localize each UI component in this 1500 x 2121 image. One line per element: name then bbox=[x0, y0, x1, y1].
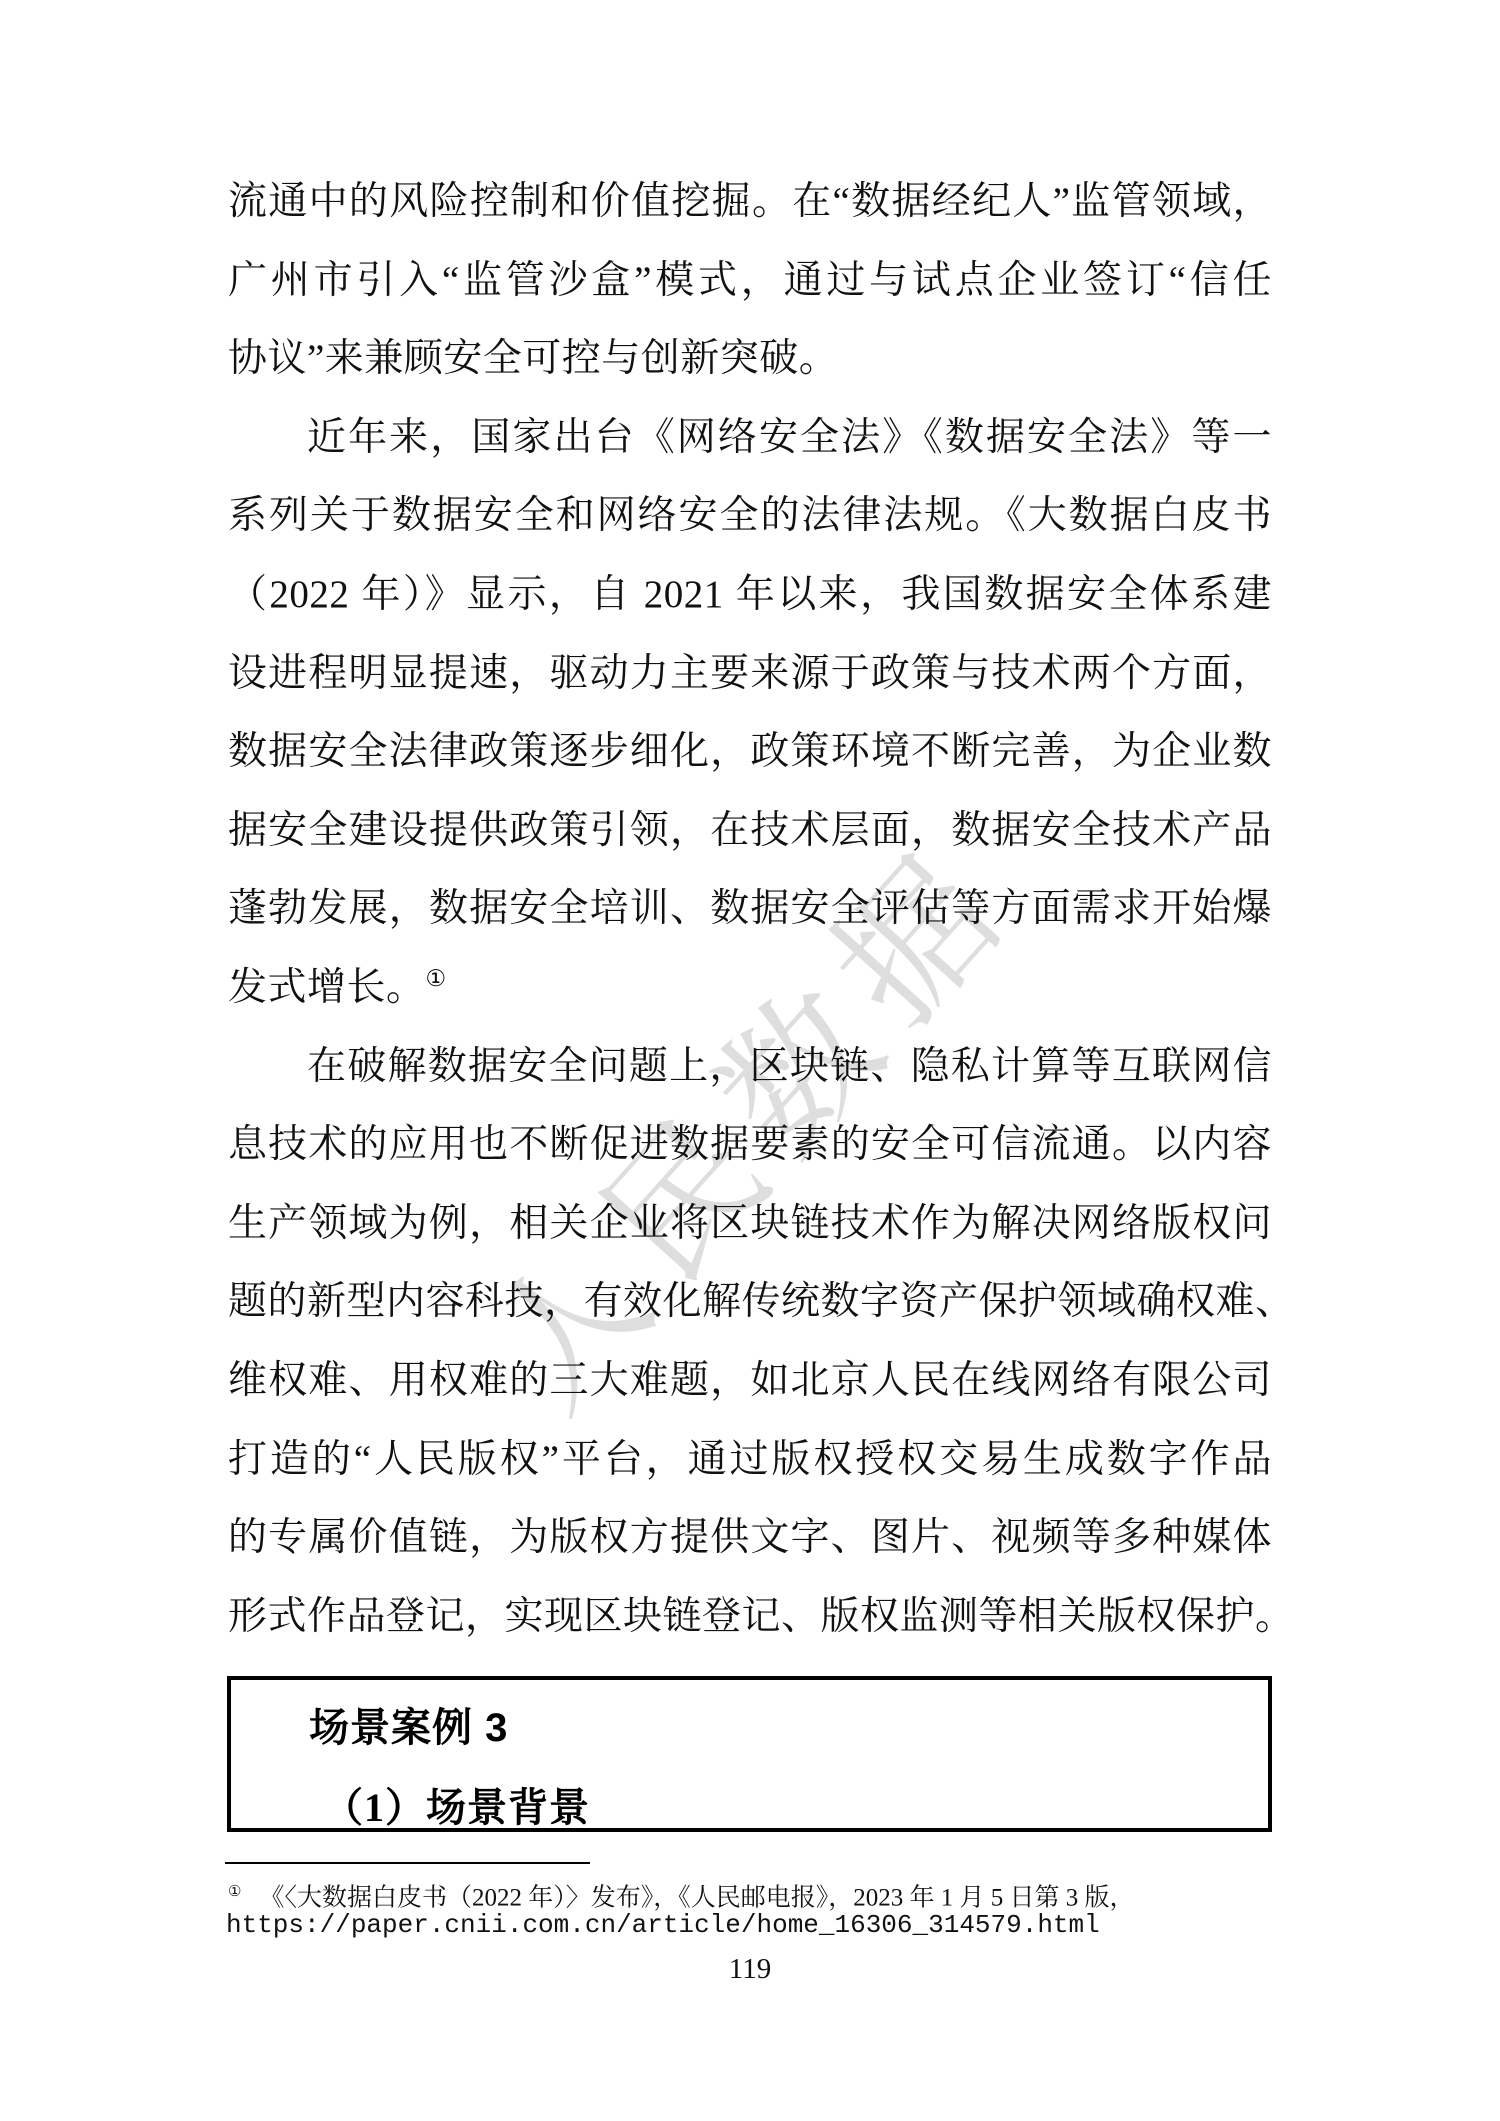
text-line: 数据安全法律政策逐步细化，政策环境不断完善，为企业数 bbox=[228, 713, 1272, 792]
footnote-reference-superscript: ① bbox=[426, 966, 447, 991]
text-line: 近年来，国家出台《网络安全法》《数据安全法》等一 bbox=[228, 399, 1272, 478]
text-line: 设进程明显提速，驱动力主要来源于政策与技术两个方面， bbox=[228, 635, 1272, 714]
text-line: 据安全建设提供政策引领，在技术层面，数据安全技术产品 bbox=[228, 792, 1272, 871]
text-line: 的专属价值链，为版权方提供文字、图片、视频等多种媒体 bbox=[228, 1499, 1272, 1578]
text-line: 蓬勃发展，数据安全培训、数据安全评估等方面需求开始爆 bbox=[228, 870, 1272, 949]
text-line: 维权难、用权难的三大难题，如北京人民在线网络有限公司 bbox=[228, 1342, 1272, 1421]
text-line: （2022 年）》显示，自 2021 年以来，我国数据安全体系建 bbox=[228, 556, 1272, 635]
footnote-marker: ① bbox=[228, 1884, 241, 1900]
text-line: 生产领域为例，相关企业将区块链技术作为解决网络版权问 bbox=[228, 1185, 1272, 1264]
text-line: 息技术的应用也不断促进数据要素的安全可信流通。以内容 bbox=[228, 1106, 1272, 1185]
case-box: 场景案例 3 （1）场景背景 bbox=[227, 1676, 1272, 1832]
case-box-title: 场景案例 3 bbox=[309, 1696, 508, 1753]
page-number: 119 bbox=[0, 1953, 1500, 1986]
text-line-fragment: 发式增长。 bbox=[228, 966, 426, 1009]
text-line: 形式作品登记，实现区块链登记、版权监测等相关版权保护。 bbox=[228, 1578, 1272, 1657]
text-line: 在破解数据安全问题上，区块链、隐私计算等互联网信 bbox=[228, 1028, 1272, 1107]
text-line: 广州市引入“监管沙盒”模式，通过与试点企业签订“信任 bbox=[228, 242, 1272, 321]
text-line: 系列关于数据安全和网络安全的法律法规。《大数据白皮书 bbox=[228, 477, 1272, 556]
text-line: 协议”来兼顾安全可控与创新突破。 bbox=[228, 320, 1272, 399]
text-line: 打造的“人民版权”平台，通过版权授权交易生成数字作品 bbox=[228, 1421, 1272, 1500]
text-line: 发式增长。① bbox=[228, 949, 1272, 1028]
body-text: 流通中的风险控制和价值挖掘。在“数据经纪人”监管领域， 广州市引入“监管沙盒”模… bbox=[228, 163, 1272, 1656]
document-page: { "watermark": { "text": "人民数据" }, "body… bbox=[0, 0, 1500, 2121]
case-box-subtitle: （1）场景背景 bbox=[323, 1776, 590, 1833]
footnote-divider bbox=[225, 1862, 590, 1864]
text-line: 题的新型内容科技，有效化解传统数字资产保护领域确权难、 bbox=[228, 1263, 1272, 1342]
text-line: 流通中的风险控制和价值挖掘。在“数据经纪人”监管领域， bbox=[228, 163, 1272, 242]
footnote-url-link[interactable]: https://paper.cnii.com.cn/article/home_1… bbox=[226, 1908, 1100, 1942]
